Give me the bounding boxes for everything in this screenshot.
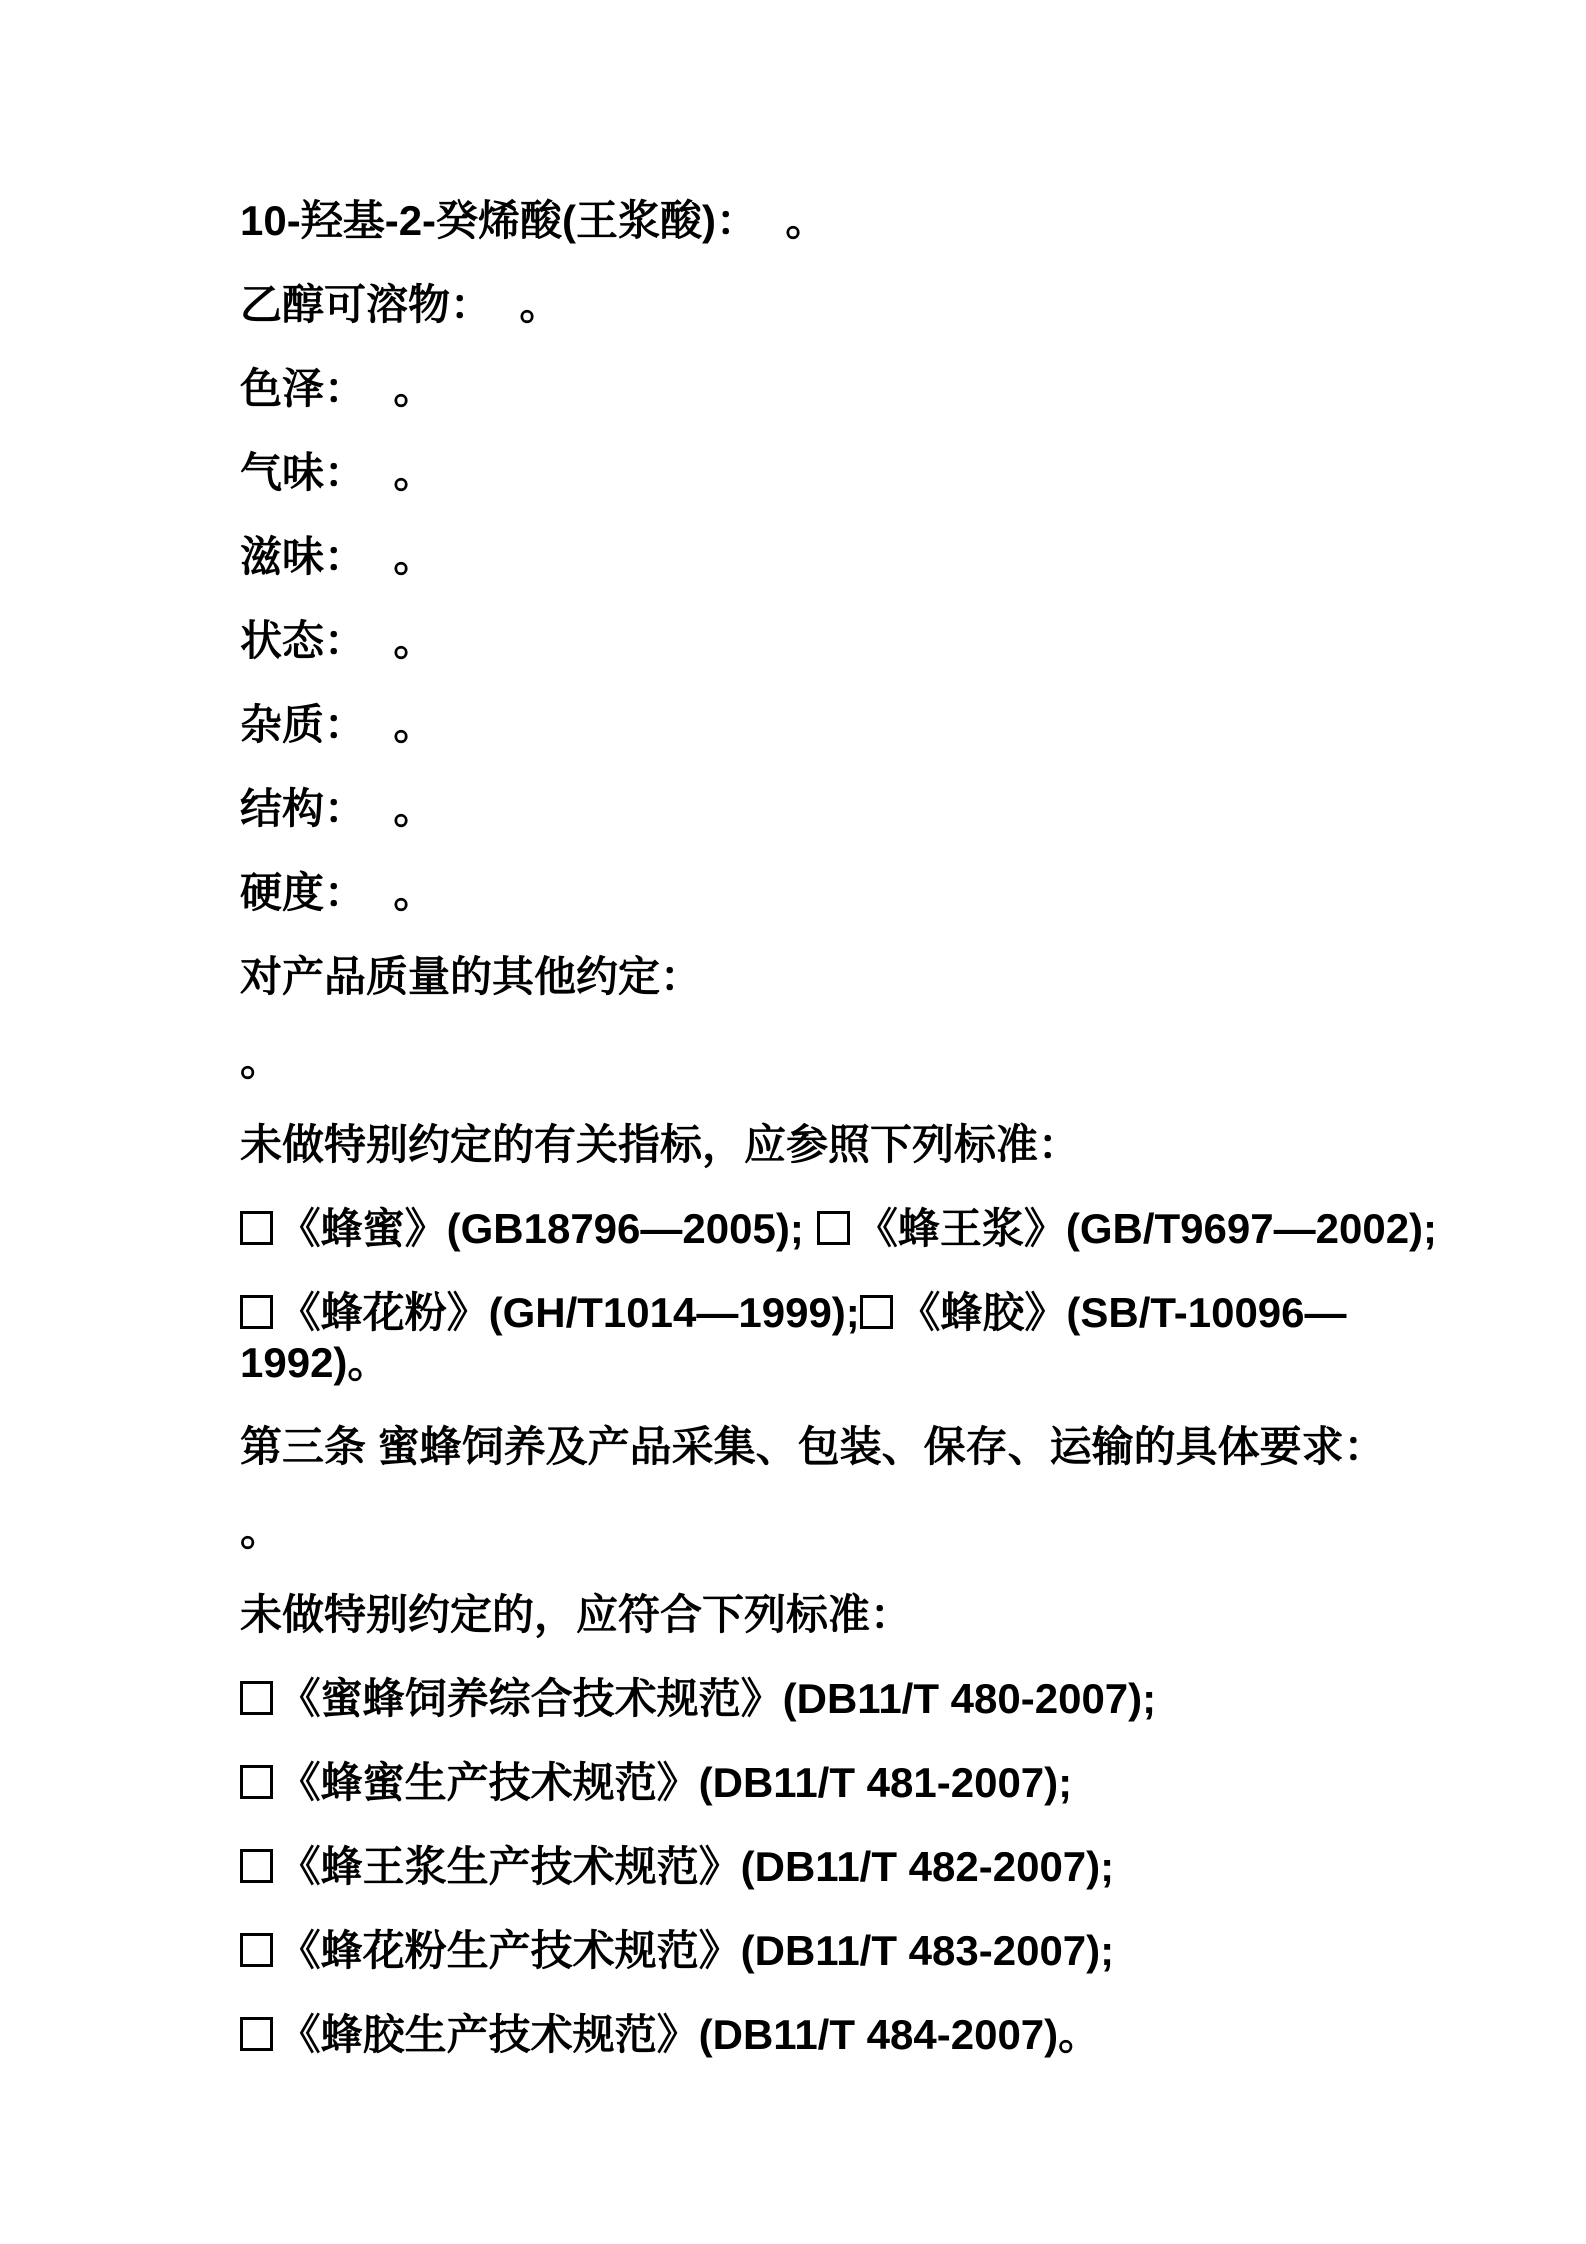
blank-field-value: 。 bbox=[393, 533, 435, 580]
article-three-intro: 未做特别约定的，应符合下列标准： bbox=[240, 1590, 1476, 1640]
field-label: 状态： bbox=[240, 617, 345, 664]
quality-field-line: 结构：。 bbox=[240, 784, 1476, 834]
standard-option-label: 《蜂蜜生产技术规范》(DB11/T 481-2007); bbox=[279, 1759, 1073, 1806]
blank-answer-line: 。 bbox=[240, 1506, 1476, 1556]
standard-option-label: 《蜂胶生产技术规范》(DB11/T 484-2007)。 bbox=[279, 2011, 1101, 2058]
standard-option-label: 《蜜蜂饲养综合技术规范》(DB11/T 480-2007); bbox=[279, 1675, 1157, 1722]
blank-answer-line: 。 bbox=[240, 1036, 1476, 1086]
checkbox-icon[interactable] bbox=[240, 1681, 273, 1715]
field-label: 硬度： bbox=[240, 869, 345, 916]
production-standard-row: 《蜂花粉生产技术规范》(DB11/T 483-2007); bbox=[240, 1926, 1476, 1976]
production-standard-row: 《蜜蜂饲养综合技术规范》(DB11/T 480-2007); bbox=[240, 1674, 1476, 1724]
field-label: 滋味： bbox=[240, 533, 345, 580]
checkbox-icon[interactable] bbox=[240, 2017, 273, 2051]
blank-field-value: 。 bbox=[519, 281, 561, 328]
quality-field-line: 滋味：。 bbox=[240, 532, 1476, 582]
other-quality-heading: 对产品质量的其他约定： bbox=[240, 952, 1476, 1002]
quality-field-line: 气味：。 bbox=[240, 448, 1476, 498]
standard-option-label: 《蜂王浆生产技术规范》(DB11/T 482-2007); bbox=[279, 1843, 1115, 1890]
production-standard-row: 《蜂胶生产技术规范》(DB11/T 484-2007)。 bbox=[240, 2010, 1476, 2060]
standard-option-label: 《蜂花粉》(GH/T1014—1999); bbox=[279, 1289, 860, 1336]
field-label: 乙醇可溶物： bbox=[240, 281, 471, 328]
checkbox-icon[interactable] bbox=[860, 1295, 893, 1329]
blank-field-value: 。 bbox=[393, 701, 435, 748]
checkbox-icon[interactable] bbox=[240, 1295, 273, 1329]
reference-standards-intro: 未做特别约定的有关指标，应参照下列标准： bbox=[240, 1120, 1476, 1170]
production-standard-row: 《蜂蜜生产技术规范》(DB11/T 481-2007); bbox=[240, 1758, 1476, 1808]
standard-option-label: 《蜂花粉生产技术规范》(DB11/T 483-2007); bbox=[279, 1927, 1115, 1974]
blank-field-value: 。 bbox=[393, 617, 435, 664]
checkbox-icon[interactable] bbox=[240, 1849, 273, 1883]
reference-standards-row: 《蜂花粉》(GH/T1014—1999);《蜂胶》(SB/T-10096—199… bbox=[240, 1288, 1476, 1388]
quality-field-line: 硬度：。 bbox=[240, 868, 1476, 918]
standard-option-label: 《蜂王浆》(GB/T9697—2002); bbox=[856, 1205, 1437, 1252]
quality-field-line: 10-羟基-2-癸烯酸(王浆酸)：。 bbox=[240, 196, 1476, 246]
field-label: 10-羟基-2-癸烯酸(王浆酸)： bbox=[240, 197, 737, 244]
article-three-heading: 第三条 蜜蜂饲养及产品采集、包装、保存、运输的具体要求： bbox=[240, 1422, 1476, 1472]
blank-field-value: 。 bbox=[785, 197, 827, 244]
field-label: 气味： bbox=[240, 449, 345, 496]
quality-field-line: 杂质：。 bbox=[240, 700, 1476, 750]
checkbox-icon[interactable] bbox=[817, 1211, 850, 1245]
quality-field-line: 状态：。 bbox=[240, 616, 1476, 666]
field-label: 结构： bbox=[240, 785, 345, 832]
contract-document-page: 10-羟基-2-癸烯酸(王浆酸)：。 乙醇可溶物：。 色泽：。 气味：。 滋味：… bbox=[0, 0, 1586, 2244]
blank-field-value: 。 bbox=[393, 449, 435, 496]
quality-field-line: 色泽：。 bbox=[240, 364, 1476, 414]
checkbox-icon[interactable] bbox=[240, 1211, 273, 1245]
checkbox-icon[interactable] bbox=[240, 1765, 273, 1799]
field-label: 色泽： bbox=[240, 365, 345, 412]
field-label: 杂质： bbox=[240, 701, 345, 748]
quality-field-line: 乙醇可溶物：。 bbox=[240, 280, 1476, 330]
blank-field-value: 。 bbox=[393, 869, 435, 916]
blank-field-value: 。 bbox=[393, 365, 435, 412]
blank-field-value: 。 bbox=[393, 785, 435, 832]
reference-standards-row: 《蜂蜜》(GB18796—2005);《蜂王浆》(GB/T9697—2002); bbox=[240, 1204, 1476, 1254]
production-standard-row: 《蜂王浆生产技术规范》(DB11/T 482-2007); bbox=[240, 1842, 1476, 1892]
standard-option-label: 《蜂蜜》(GB18796—2005); bbox=[279, 1205, 804, 1252]
checkbox-icon[interactable] bbox=[240, 1933, 273, 1967]
